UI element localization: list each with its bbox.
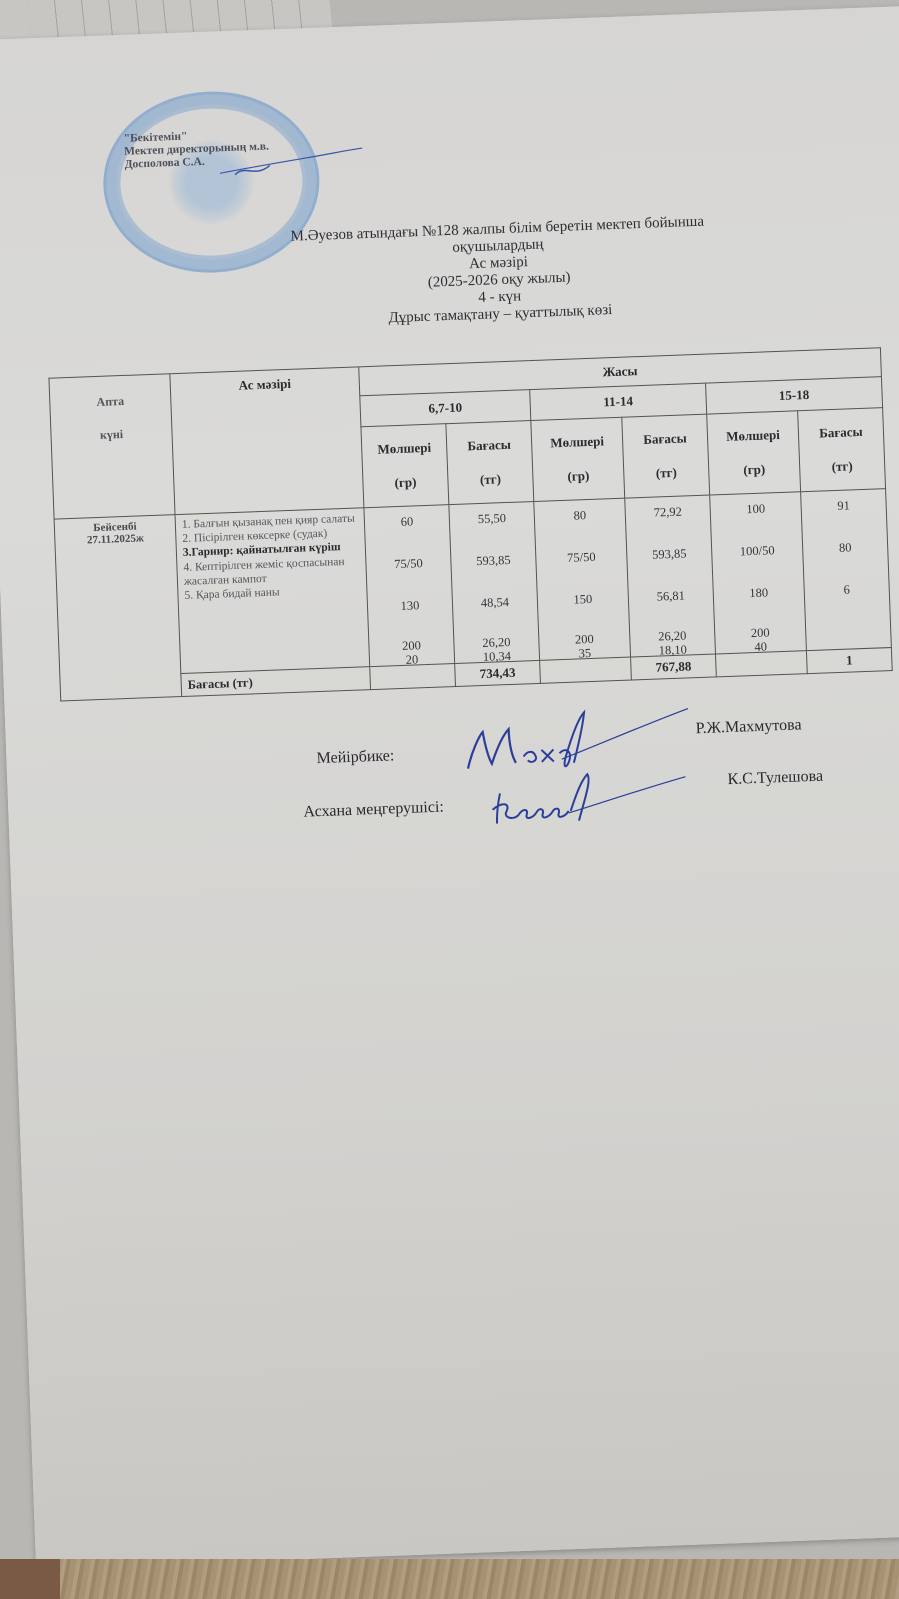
desk-surface — [0, 1559, 899, 1599]
canteen-name: К.С.Тулешова — [727, 768, 823, 789]
header-week-day: Апта күні — [49, 374, 175, 519]
canteen-signature — [487, 767, 689, 834]
cell-value: 80 — [535, 507, 625, 525]
dish-list: 1. Балғын қызанақ пен қияр салаты 2. Піс… — [175, 508, 370, 674]
qty-col-2: 8075/5015020035 — [534, 498, 631, 660]
header-qty-1: Мөлшері(гр) — [361, 424, 449, 508]
header-price-1: Бағасы(тг) — [446, 421, 534, 505]
price-col-3: 91806 — [801, 489, 892, 651]
price-col-2: 72,92593,8556,8126,2018,10 — [625, 495, 716, 657]
header-price-3: Бағасы(тг) — [798, 408, 886, 492]
nurse-name: Р.Ж.Махмутова — [695, 716, 802, 738]
header-menu-label: Ас мәзірі — [171, 373, 359, 396]
desk-edge — [0, 1559, 60, 1599]
cell-value: 75/50 — [366, 555, 450, 573]
cell-value: 75/50 — [536, 549, 626, 567]
day-cell: Бейсенбі 27.11.2025ж — [54, 515, 182, 701]
cell-value: 18,10 — [631, 641, 715, 659]
menu-table: Апта күні Ас мәзірі Жасы 6,7-10 11-14 15… — [48, 347, 892, 701]
cell-value — [806, 621, 890, 624]
director-signature — [214, 146, 365, 181]
cell-value: 10,34 — [455, 648, 539, 666]
cell-value: 48,54 — [453, 594, 537, 612]
cell-value: 593,85 — [627, 546, 711, 564]
cell-value: 180 — [714, 584, 804, 602]
cell-value: 56,81 — [629, 588, 713, 606]
price-col-1: 55,50593,8548,5426,2010,34 — [449, 502, 540, 664]
cell-value: 130 — [368, 597, 452, 615]
cell-value: 593,85 — [451, 552, 535, 570]
nurse-label: Мейірбике: — [316, 747, 394, 768]
header-day-line2: күні — [51, 425, 171, 444]
cell-value: 91 — [801, 497, 885, 515]
cell-value: 150 — [538, 591, 628, 609]
cell-value: 80 — [803, 539, 887, 557]
qty-col-3: 100100/5018020040 — [710, 492, 807, 654]
table-row: Бейсенбі 27.11.2025ж 1. Балғын қызанақ п… — [54, 489, 891, 678]
cell-value: 60 — [365, 513, 449, 531]
cell-value: 6 — [804, 581, 888, 599]
header-qty-2: Мөлшері(гр) — [531, 417, 625, 501]
header-day-line1: Апта — [50, 392, 170, 411]
cell-value: 20 — [370, 651, 454, 669]
cell-value: 100/50 — [712, 542, 802, 560]
header-price-2: Бағасы(тг) — [622, 414, 710, 498]
document-title: М.Әуезов атындағы №128 жалпы білім берет… — [257, 212, 740, 332]
header-menu: Ас мәзірі — [170, 367, 364, 515]
total-price-3: 1 — [806, 648, 892, 674]
cell-value: 100 — [710, 500, 800, 518]
header-qty-3: Мөлшері(гр) — [707, 411, 801, 495]
menu-document-page: "Бекітемін" Мектеп директорының м.в. Дос… — [0, 5, 899, 1569]
qty-col-1: 6075/5013020020 — [364, 505, 455, 667]
canteen-label: Асхана меңгерушісі: — [303, 799, 444, 822]
cell-value: 72,92 — [626, 504, 710, 522]
cell-value — [806, 635, 890, 638]
cell-value: 55,50 — [450, 510, 534, 528]
